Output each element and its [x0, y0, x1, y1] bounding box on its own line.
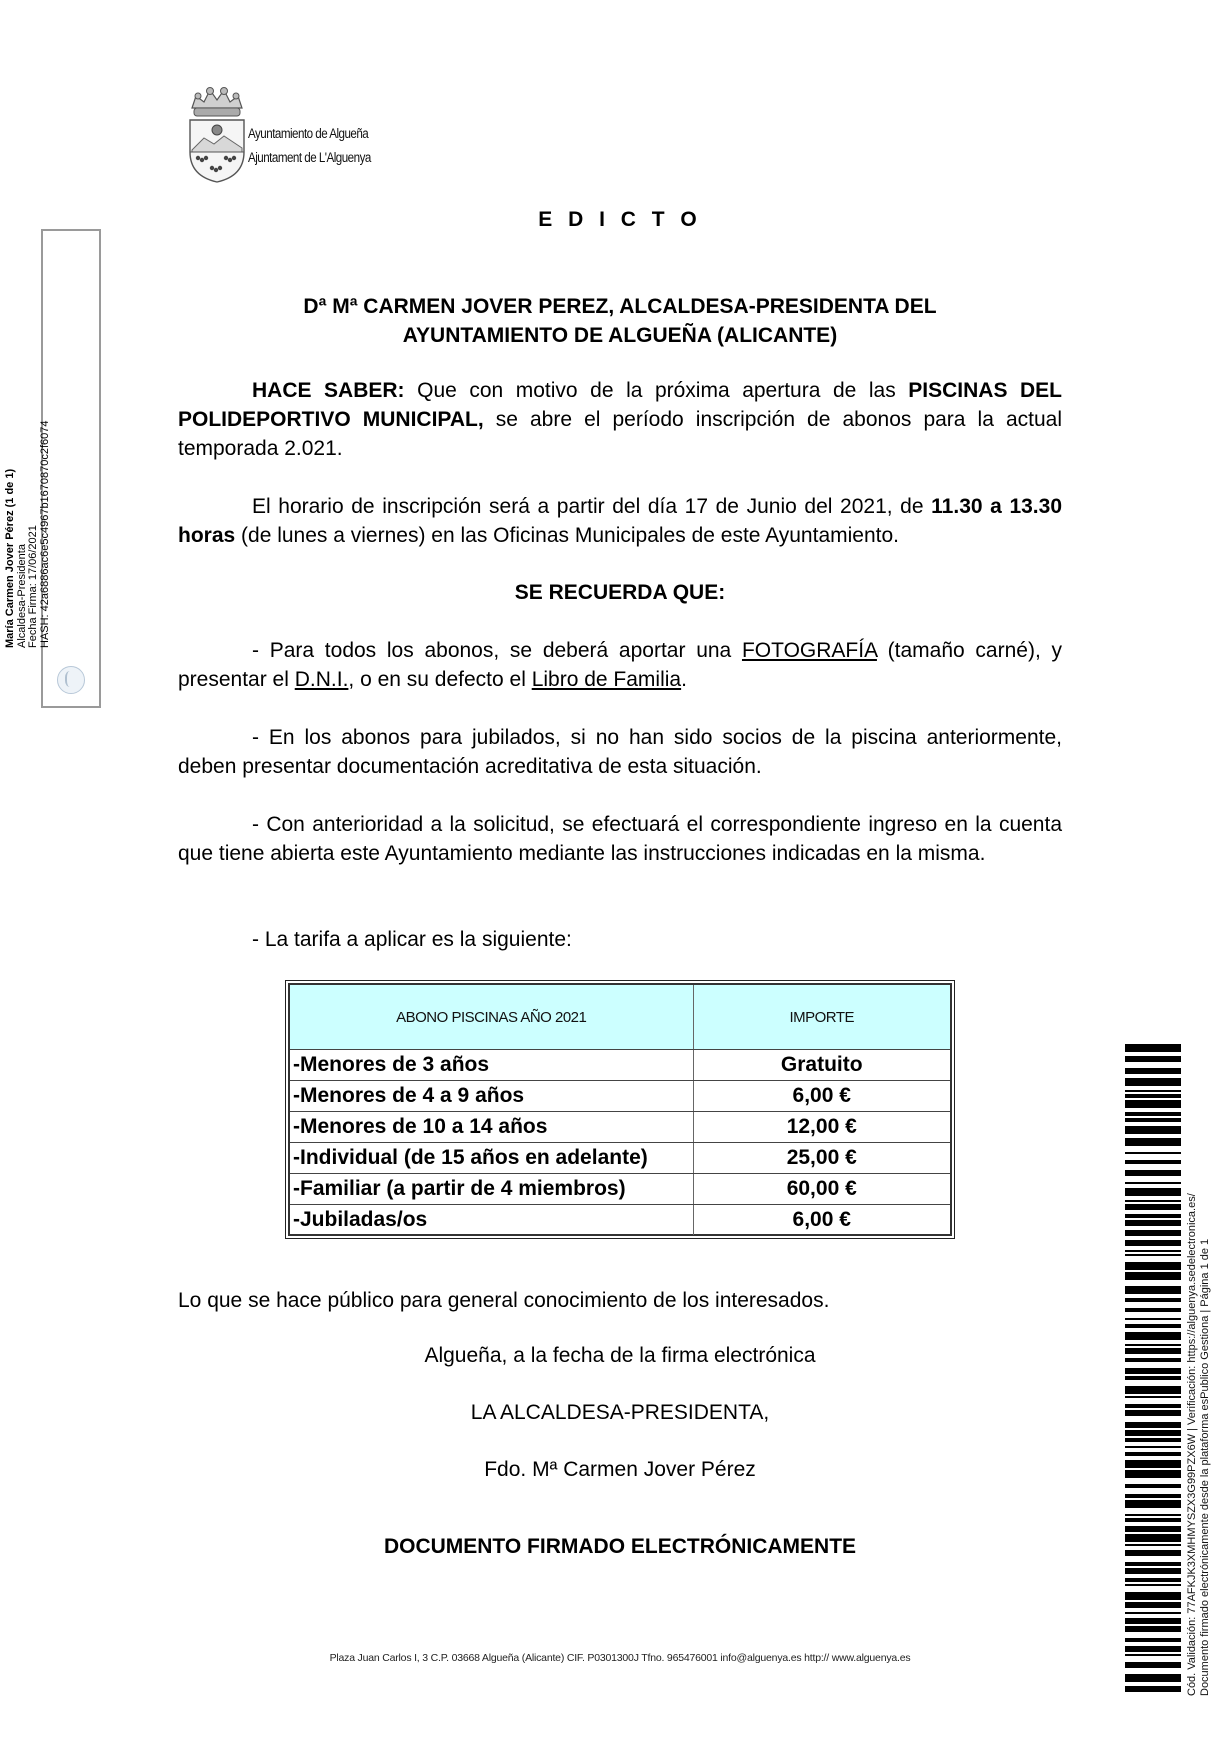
closing-statement: Lo que se hace público para general cono…: [178, 1286, 1062, 1315]
signer-name-line: Fdo. Mª Carmen Jover Pérez: [178, 1455, 1062, 1484]
table-row: -Menores de 4 a 9 años6,00 €: [290, 1081, 950, 1112]
document-heading: Dª Mª CARMEN JOVER PEREZ, ALCALDESA-PRES…: [178, 292, 1062, 350]
validation-code-line: Cód. Validación: 77AFKJK3XMHMYSZX3G99PZX…: [1186, 1193, 1199, 1696]
pass-type-cell: -Menores de 4 a 9 años: [290, 1081, 693, 1112]
paragraph-payment: - Con anterioridad a la solicitud, se ef…: [178, 810, 1062, 868]
logo-line-valencian: Ajuntament de L'Alguenya: [248, 150, 371, 165]
hace-saber-label: HACE SABER:: [252, 379, 405, 402]
heading-line-2: AYUNTAMIENTO DE ALGUEÑA (ALICANTE): [178, 321, 1062, 350]
header-pass-type: ABONO PISCINAS AÑO 2021: [290, 985, 693, 1050]
place-date: Algueña, a la fecha de la firma electrón…: [178, 1341, 1062, 1370]
amount-cell: 12,00 €: [693, 1112, 950, 1143]
amount-cell: 6,00 €: [693, 1205, 950, 1236]
heading-line-1: Dª Mª CARMEN JOVER PEREZ, ALCALDESA-PRES…: [178, 292, 1062, 321]
document-title: E D I C T O: [0, 208, 1230, 232]
amount-cell: Gratuito: [693, 1050, 950, 1081]
municipal-logo: Ayuntamiento de Algueña Ajuntament de L'…: [186, 86, 376, 186]
pass-type-cell: -Individual (de 15 años en adelante): [290, 1143, 693, 1174]
amount-cell: 25,00 €: [693, 1143, 950, 1174]
barcode-icon: [1125, 1044, 1181, 1696]
signature-hash: HASH: 42a6886ac6e5c4967b1670870c2f6074: [40, 268, 52, 648]
seal-icon: [57, 666, 85, 694]
signature-date: Fecha Firma: 17/06/2021: [28, 268, 40, 648]
paragraph-schedule: El horario de inscripción será a partir …: [178, 492, 1062, 550]
signature-stamp: María Carmen Jover Pérez (1 de 1) Alcald…: [41, 229, 101, 708]
amount-cell: 6,00 €: [693, 1081, 950, 1112]
table-row: -Familiar (a partir de 4 miembros)60,00 …: [290, 1174, 950, 1205]
pass-type-cell: -Menores de 10 a 14 años: [290, 1112, 693, 1143]
signer-name: María Carmen Jover Pérez (1 de 1): [5, 268, 17, 648]
amount-cell: 60,00 €: [693, 1174, 950, 1205]
table-row: -Jubiladas/os6,00 €: [290, 1205, 950, 1236]
platform-line: Documento firmado electrónicamente desde…: [1199, 1193, 1212, 1696]
logo-line-spanish: Ayuntamiento de Algueña: [248, 126, 368, 141]
fee-table: ABONO PISCINAS AÑO 2021 IMPORTE -Menores…: [285, 980, 955, 1239]
verification-text: Cód. Validación: 77AFKJK3XMHMYSZX3G99PZX…: [1186, 1193, 1212, 1696]
footer-address: Plaza Juan Carlos I, 3 C.P. 03668 Algueñ…: [0, 1652, 1230, 1664]
signed-notice: DOCUMENTO FIRMADO ELECTRÓNICAMENTE: [178, 1532, 1062, 1561]
table-row: -Individual (de 15 años en adelante)25,0…: [290, 1143, 950, 1174]
pass-type-cell: -Menores de 3 años: [290, 1050, 693, 1081]
pass-type-cell: -Familiar (a partir de 4 miembros): [290, 1174, 693, 1205]
paragraph-retirees: - En los abonos para jubilados, si no ha…: [178, 723, 1062, 781]
reminder-heading: SE RECUERDA QUE:: [178, 578, 1062, 607]
table-row: -Menores de 10 a 14 años12,00 €: [290, 1112, 950, 1143]
paragraph-rates-intro: - La tarifa a aplicar es la siguiente:: [178, 925, 1062, 954]
coat-of-arms-icon: [186, 86, 248, 184]
table-header-row: ABONO PISCINAS AÑO 2021 IMPORTE: [290, 985, 950, 1050]
paragraph-hace-saber: HACE SABER: Que con motivo de la próxima…: [178, 376, 1062, 463]
header-amount: IMPORTE: [693, 985, 950, 1050]
table-row: -Menores de 3 añosGratuito: [290, 1050, 950, 1081]
pass-type-cell: -Jubiladas/os: [290, 1205, 693, 1236]
signer-title: LA ALCALDESA-PRESIDENTA,: [178, 1398, 1062, 1427]
paragraph-documents: - Para todos los abonos, se deberá aport…: [178, 636, 1062, 694]
